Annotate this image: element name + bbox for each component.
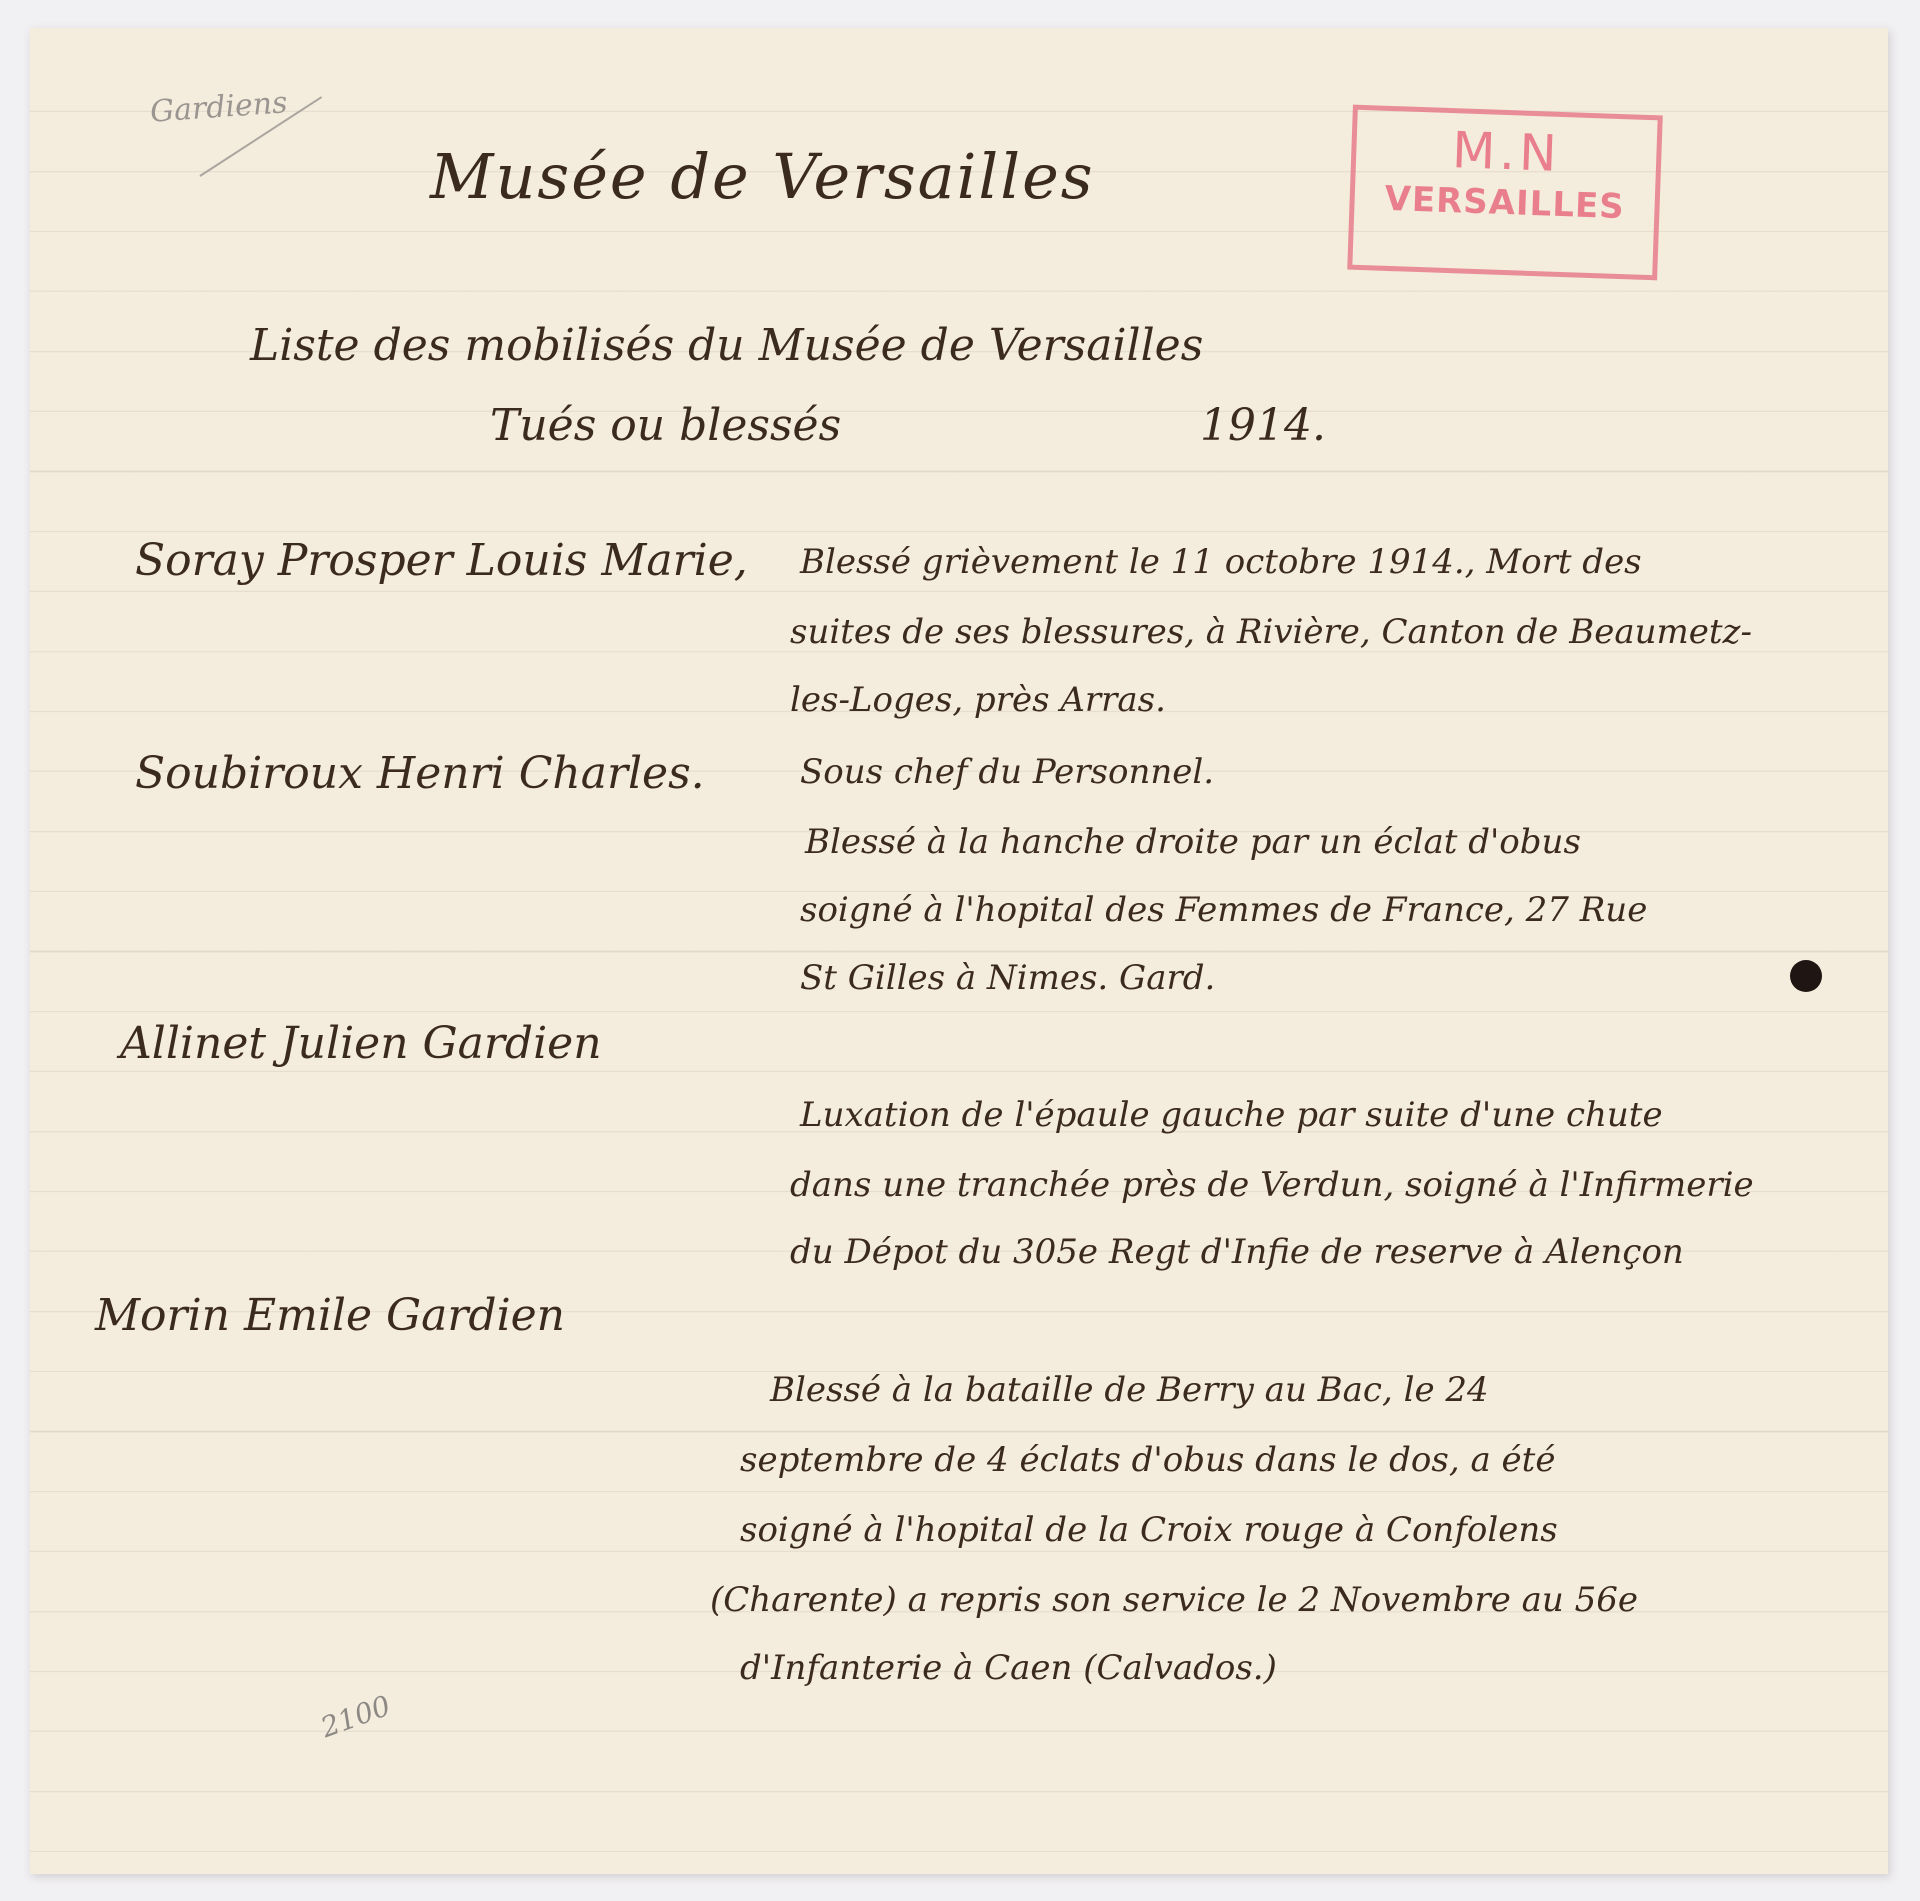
entry-line: suites de ses blessures, à Rivière, Cant… (790, 612, 1752, 652)
stamp-line-1: M.N (1355, 118, 1657, 186)
document-title: Musée de Versailles (430, 140, 1095, 213)
entry-line: soigné à l'hopital des Femmes de France,… (800, 890, 1647, 930)
entry-line: d'Infanterie à Caen (Calvados.) (740, 1648, 1277, 1688)
entry-line: St Gilles à Nimes. Gard. (800, 958, 1215, 998)
entry-line: Blessé à la hanche droite par un éclat d… (805, 822, 1581, 862)
entry-name: Soray Prosper Louis Marie, (135, 535, 748, 586)
document-subtitle-2: Tués ou blessés (490, 400, 841, 451)
document-subtitle: Liste des mobilisés du Musée de Versaill… (250, 320, 1203, 371)
entry-line: Blessé à la bataille de Berry au Bac, le… (770, 1370, 1489, 1410)
stamp-line-2: VERSAILLES (1354, 178, 1655, 228)
ink-blot (1790, 960, 1822, 992)
entry-name: Morin Emile Gardien (95, 1290, 565, 1341)
document-year: 1914. (1200, 400, 1326, 451)
entry-line: Blessé grièvement le 11 octobre 1914., M… (800, 542, 1642, 582)
entry-name: Soubiroux Henri Charles. (135, 748, 705, 799)
entry-line: les-Loges, près Arras. (790, 680, 1166, 720)
entry-line: septembre de 4 éclats d'obus dans le dos… (740, 1440, 1555, 1480)
entry-line: soigné à l'hopital de la Croix rouge à C… (740, 1510, 1558, 1550)
entry-line: dans une tranchée près de Verdun, soigné… (790, 1165, 1754, 1205)
entry-role: Sous chef du Personnel. (800, 752, 1214, 792)
entry-name: Allinet Julien Gardien (120, 1018, 602, 1069)
archive-stamp: M.N VERSAILLES (1347, 105, 1663, 281)
entry-line: du Dépot du 305e Regt d'Infie de reserve… (790, 1232, 1684, 1272)
entry-line: Luxation de l'épaule gauche par suite d'… (800, 1095, 1663, 1135)
entry-line: (Charente) a repris son service le 2 Nov… (710, 1580, 1638, 1620)
